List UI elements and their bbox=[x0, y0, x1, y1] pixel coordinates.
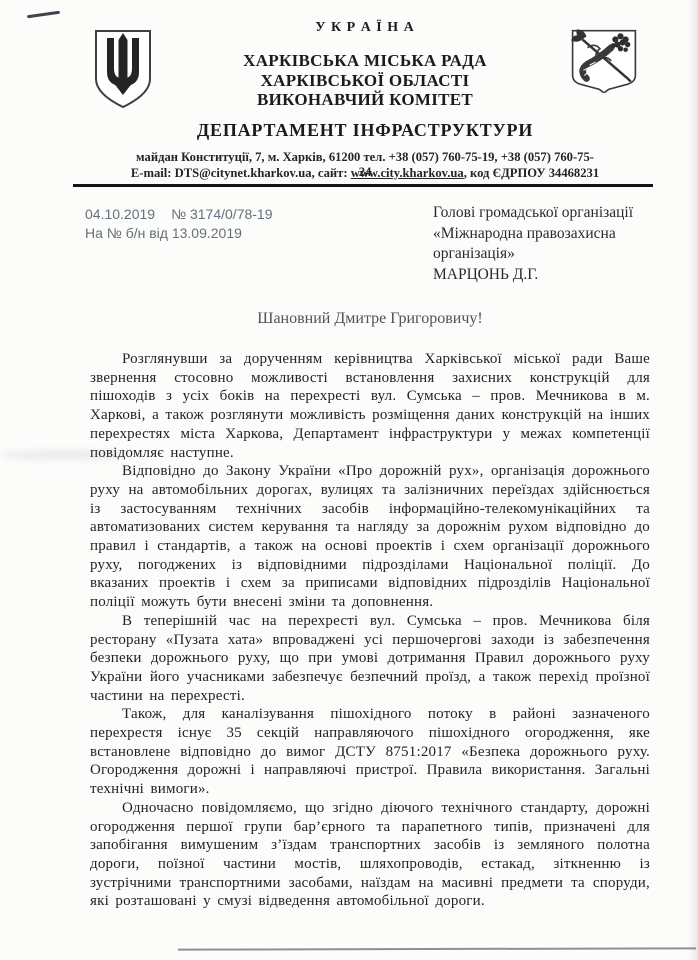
scan-fold-artifact bbox=[0, 449, 130, 461]
letter-date: 04.10.2019 bbox=[85, 206, 155, 222]
org-line-committee: ВИКОНАВЧИЙ КОМІТЕТ bbox=[130, 90, 600, 110]
department-name: ДЕПАРТАМЕНТ ІНФРАСТРУКТУРИ bbox=[130, 120, 600, 141]
contact-line: E-mail: DTS@citynet.kharkov.ua, сайт: ww… bbox=[130, 166, 600, 181]
recipient-line: «Міжнародна правозахисна bbox=[433, 224, 633, 245]
organization-name: ХАРКІВСЬКА МІСЬКА РАДА ХАРКІВСЬКОЇ ОБЛАС… bbox=[130, 51, 600, 110]
scanned-letter-page: У К Р А Ї Н А ХАРКІВСЬКА МІСЬКА РАДА ХАР… bbox=[0, 0, 698, 960]
body-paragraph: Відповідно до Закону України «Про дорожн… bbox=[90, 462, 650, 612]
recipient-name: МАРЦОНЬ Д.Г. bbox=[433, 265, 633, 286]
body-paragraph: Одночасно повідомляємо, що згідно діючог… bbox=[90, 799, 650, 911]
contact-edrpou-text: , код ЄДРПОУ 34468231 bbox=[464, 166, 599, 180]
pen-mark bbox=[27, 11, 60, 19]
outgoing-reference: 04.10.2019№ 3174/0/78-19 bbox=[85, 205, 273, 224]
scan-bottom-edge bbox=[178, 947, 696, 950]
country-title: У К Р А Ї Н А bbox=[130, 20, 600, 36]
org-line-council: ХАРКІВСЬКА МІСЬКА РАДА bbox=[130, 51, 600, 71]
recipient-line: Голові громадської організації bbox=[433, 203, 633, 224]
recipient-block: Голові громадської організації «Міжнарод… bbox=[433, 203, 633, 285]
header-rule bbox=[73, 184, 653, 187]
letter-number: № 3174/0/78-19 bbox=[171, 206, 272, 222]
contact-email-text: E-mail: DTS@citynet.kharkov.ua, сайт: bbox=[131, 166, 351, 180]
body-paragraph: Розглянувши за дорученням керівництва Ха… bbox=[90, 350, 650, 462]
org-line-region: ХАРКІВСЬКОЇ ОБЛАСТІ bbox=[130, 71, 600, 91]
reply-reference: На № б/н від 13.09.2019 bbox=[85, 224, 273, 243]
body-paragraph: Також, для каналізування пішохідного пот… bbox=[90, 705, 650, 799]
kharkiv-coat-of-arms-icon bbox=[569, 27, 639, 93]
recipient-line: організація» bbox=[433, 244, 633, 265]
letter-body: Розглянувши за дорученням керівництва Ха… bbox=[90, 350, 650, 911]
letterhead: У К Р А Ї Н А ХАРКІВСЬКА МІСЬКА РАДА ХАР… bbox=[130, 0, 600, 195]
body-paragraph: В теперішній час на перехресті вул. Сумс… bbox=[90, 612, 650, 706]
scan-right-edge-shade bbox=[688, 0, 698, 960]
reference-block: 04.10.2019№ 3174/0/78-19 На № б/н від 13… bbox=[85, 205, 273, 242]
site-link: www.city.kharkov.ua bbox=[351, 166, 464, 180]
salutation: Шановний Дмитре Григоровичу! bbox=[90, 310, 650, 328]
